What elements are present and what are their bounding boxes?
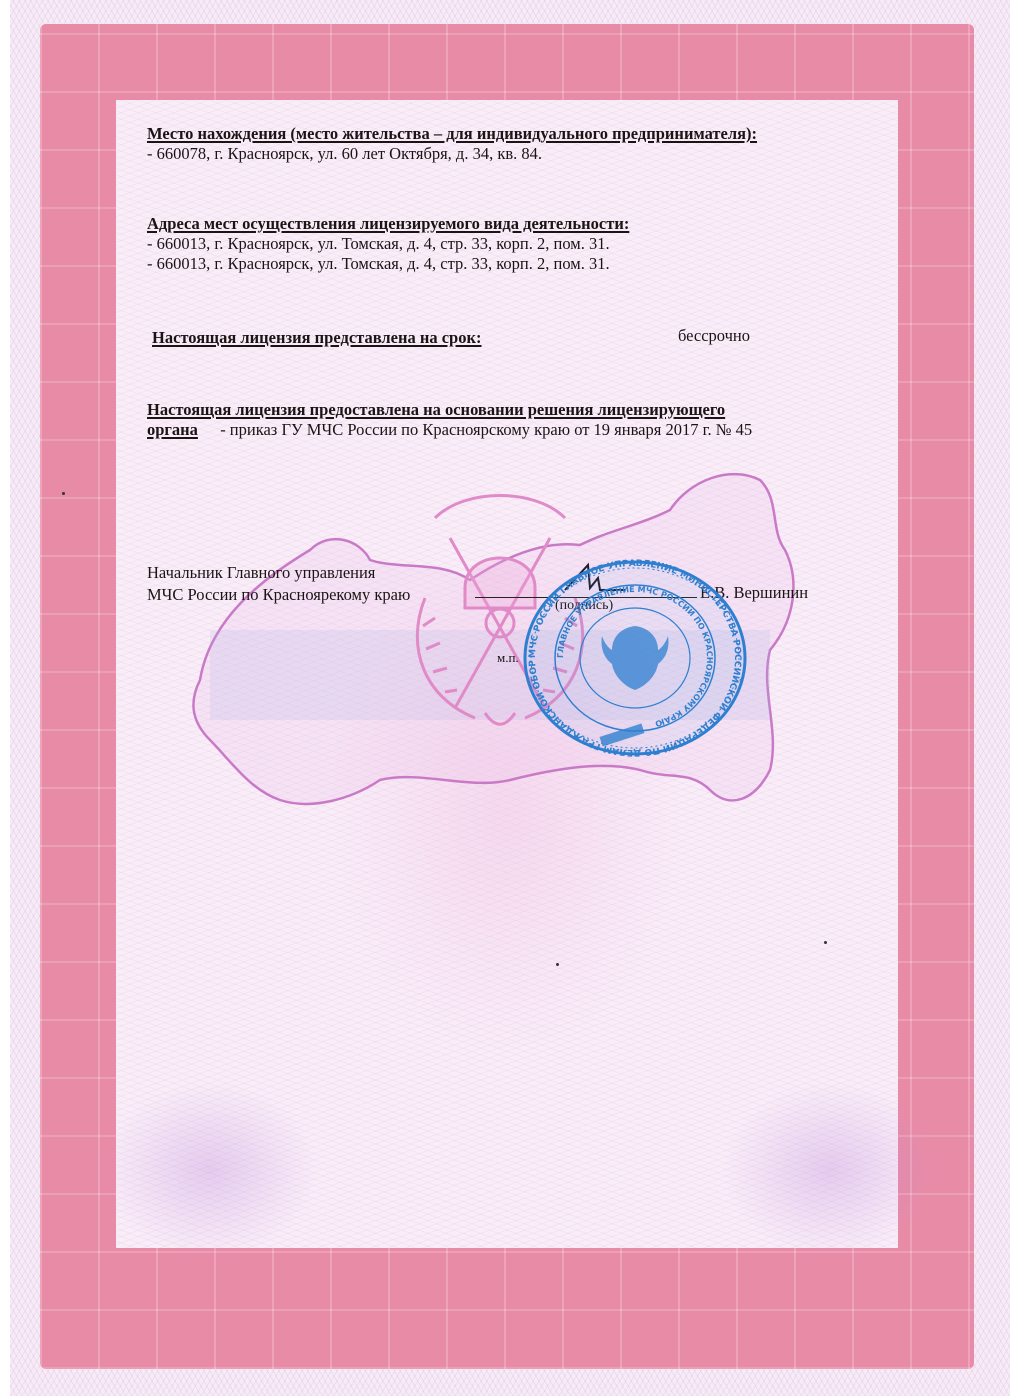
activity-address-item: - 660013, г. Красноярск, ул. Томская, д.… (147, 234, 629, 254)
term-value: бессрочно (678, 326, 750, 346)
basis-value: - приказ ГУ МЧС России по Красноярскому … (220, 420, 752, 439)
signatory-title: Начальник Главного управления МЧС России… (147, 562, 410, 606)
signatory-title-line1: Начальник Главного управления (147, 562, 410, 584)
activity-addresses-section: Адреса мест осуществления лицензируемого… (147, 214, 629, 274)
scan-speck (62, 492, 65, 495)
location-heading: Место нахождения (место жительства – для… (147, 124, 757, 144)
basis-section: Настоящая лицензия предоставлена на осно… (147, 400, 752, 440)
signatory-title-line2: МЧС России по Красноярекому краю (147, 584, 410, 606)
basis-heading-line2: органа (147, 420, 198, 439)
scan-speck (824, 941, 827, 944)
scan-speck (556, 963, 559, 966)
location-section: Место нахождения (место жительства – для… (147, 124, 757, 164)
seal-label: м.п. (497, 650, 519, 666)
term-heading: Настоящая лицензия представлена на срок: (152, 328, 481, 347)
official-stamp: МЧС РОССИИ ГЛАВНОЕ УПРАВЛЕНИЕ МИНИСТЕРСТ… (520, 558, 750, 758)
term-heading-wrap: Настоящая лицензия представлена на срок: (152, 328, 481, 348)
activity-addresses-heading: Адреса мест осуществления лицензируемого… (147, 214, 629, 234)
basis-heading-line1: Настоящая лицензия предоставлена на осно… (147, 400, 752, 420)
location-address: - 660078, г. Красноярск, ул. 60 лет Октя… (147, 144, 757, 164)
corner-ornament-bottom-right (720, 1080, 940, 1260)
activity-address-item: - 660013, г. Красноярск, ул. Томская, д.… (147, 254, 629, 274)
corner-ornament-bottom-left (100, 1080, 320, 1260)
